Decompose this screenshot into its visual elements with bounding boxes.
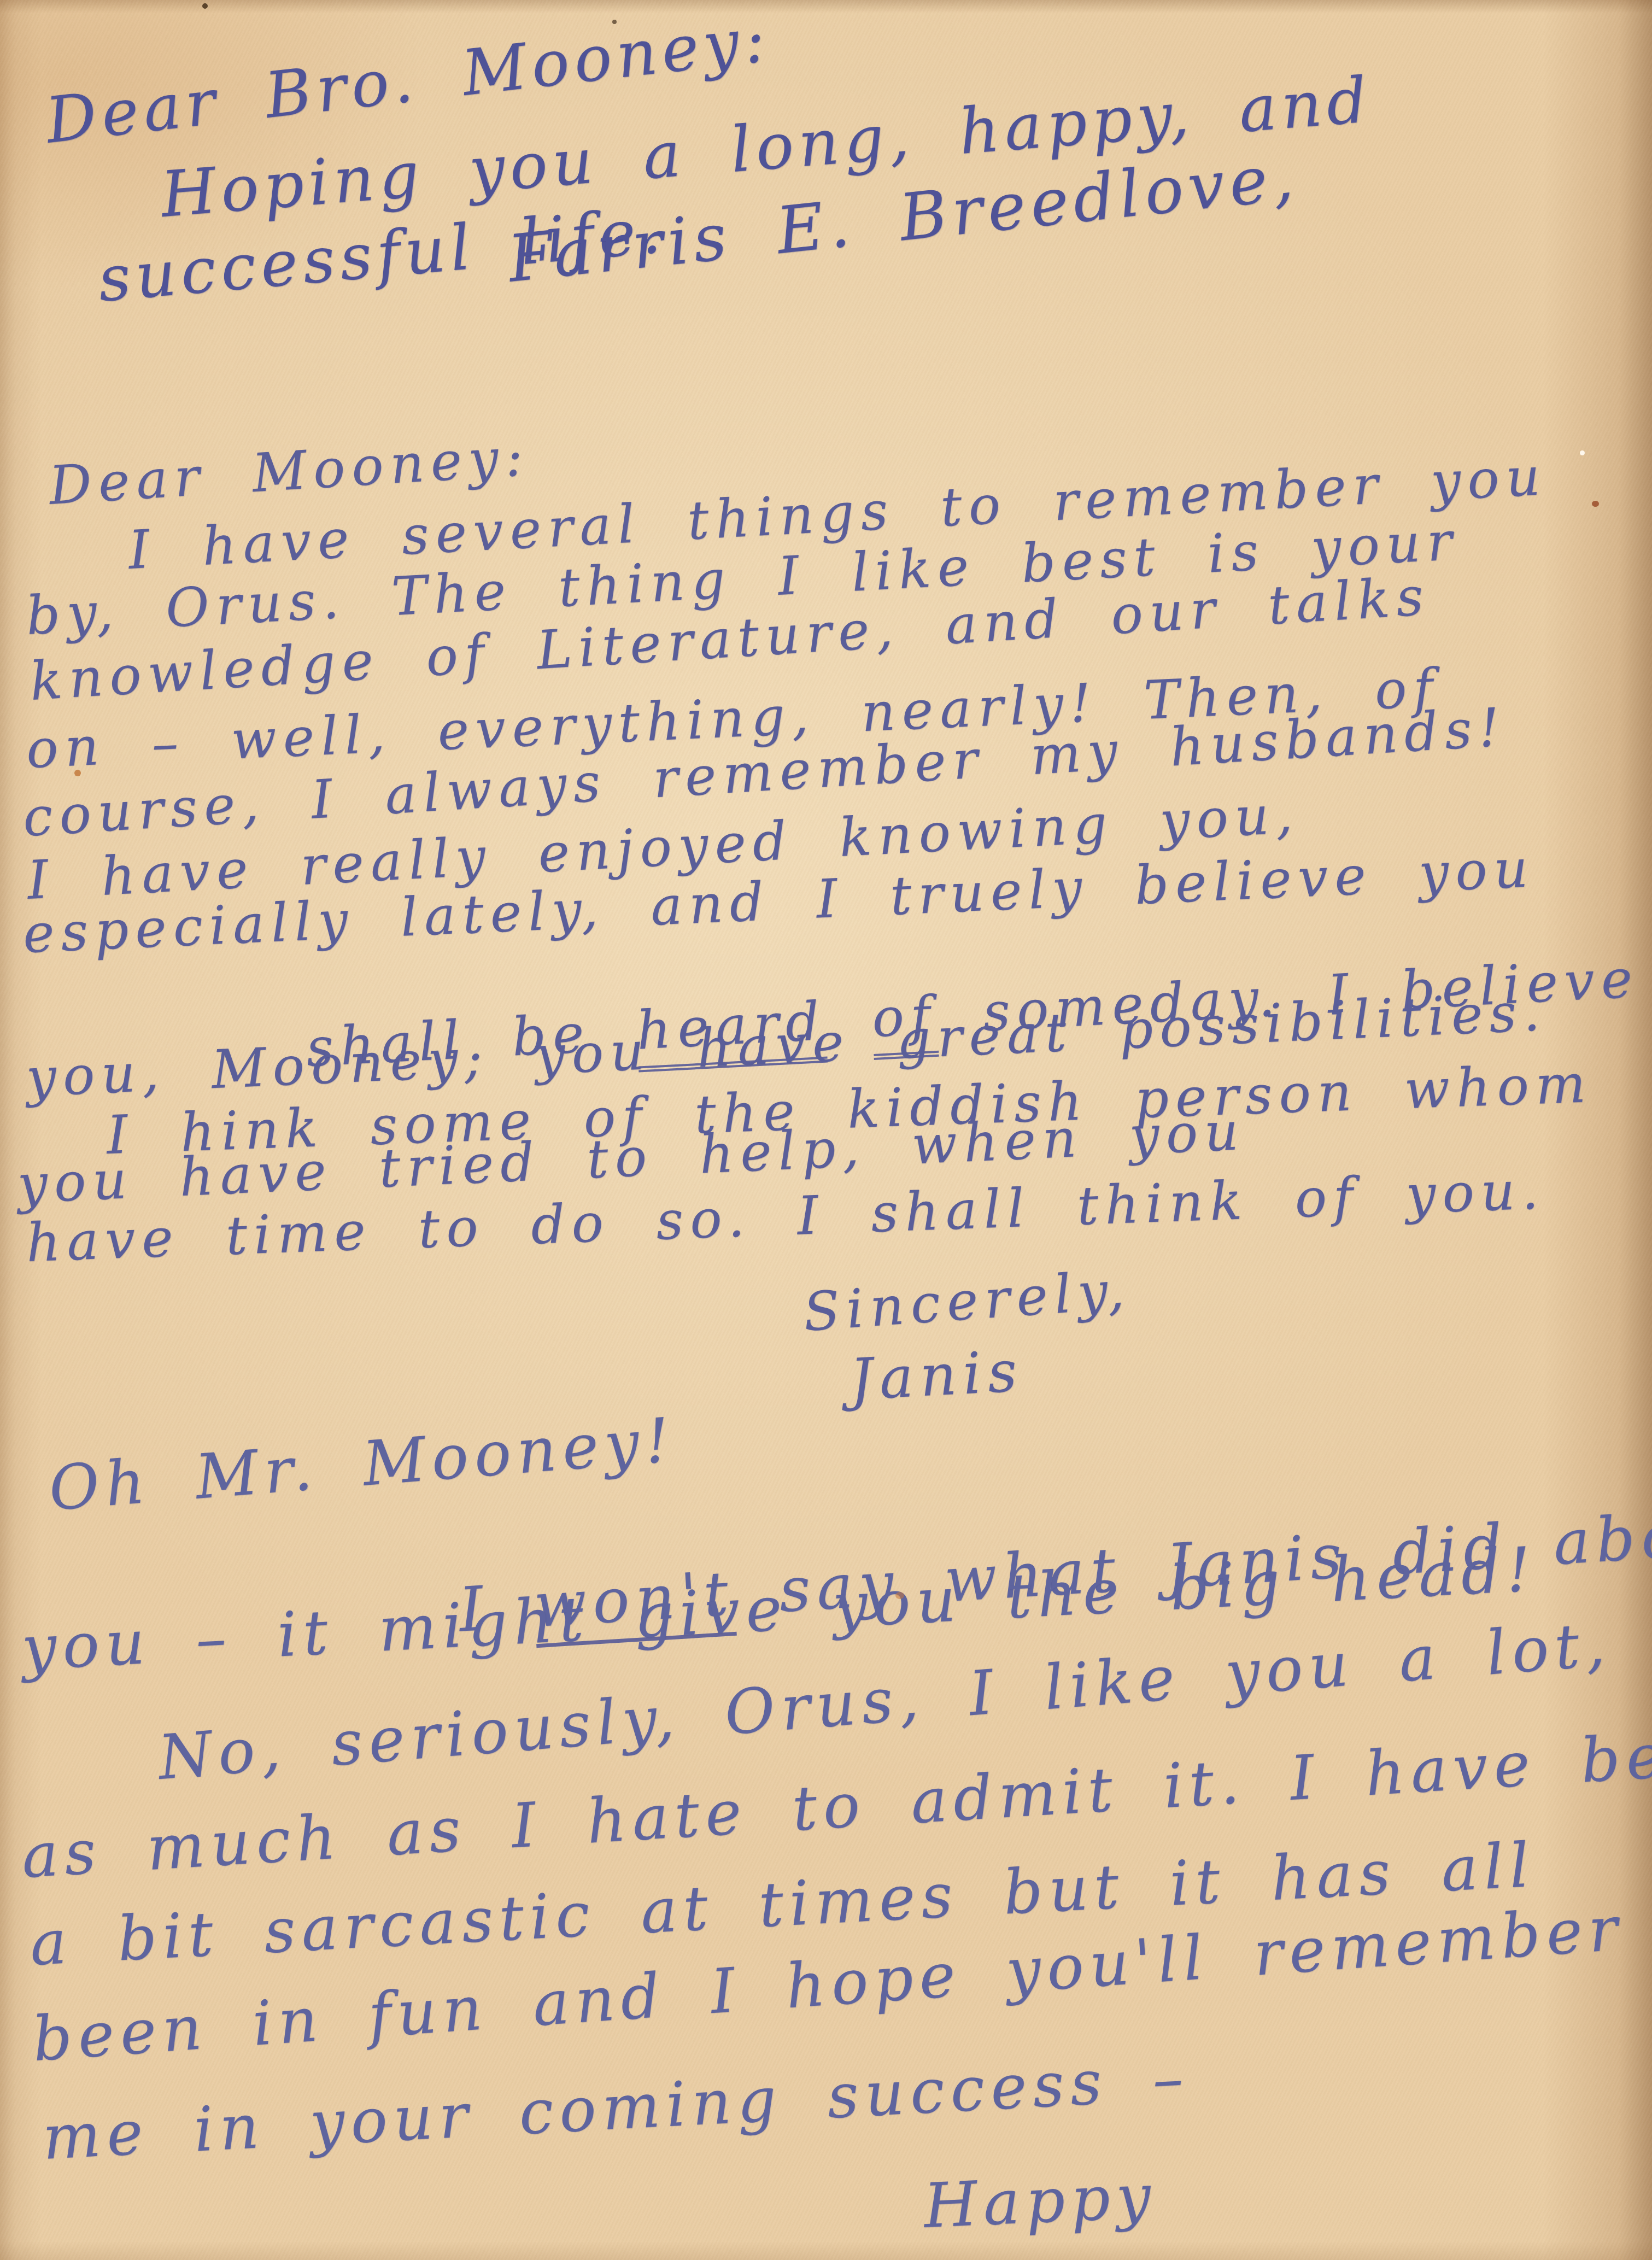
janis-salutation: Dear Mooney:: [48, 430, 531, 512]
paper-speck: [74, 770, 81, 776]
paper-speck: [612, 20, 617, 24]
paper-speck: [1592, 501, 1599, 507]
paper-speck: [1580, 450, 1585, 455]
happy-salutation: Oh Mr. Mooney!: [47, 1409, 678, 1520]
janis-signature: Janis: [848, 1342, 1024, 1408]
paper-speck: [202, 3, 208, 9]
happy-line: me in your coming success –: [41, 2047, 1191, 2169]
aged-paper-page: Dear Bro. Mooney: Hoping you a long, hap…: [0, 0, 1652, 2260]
paper-stain: [895, 1592, 904, 1599]
happy-signature: Happy: [923, 2165, 1158, 2236]
janis-closing: Sincerely,: [802, 1263, 1133, 1339]
